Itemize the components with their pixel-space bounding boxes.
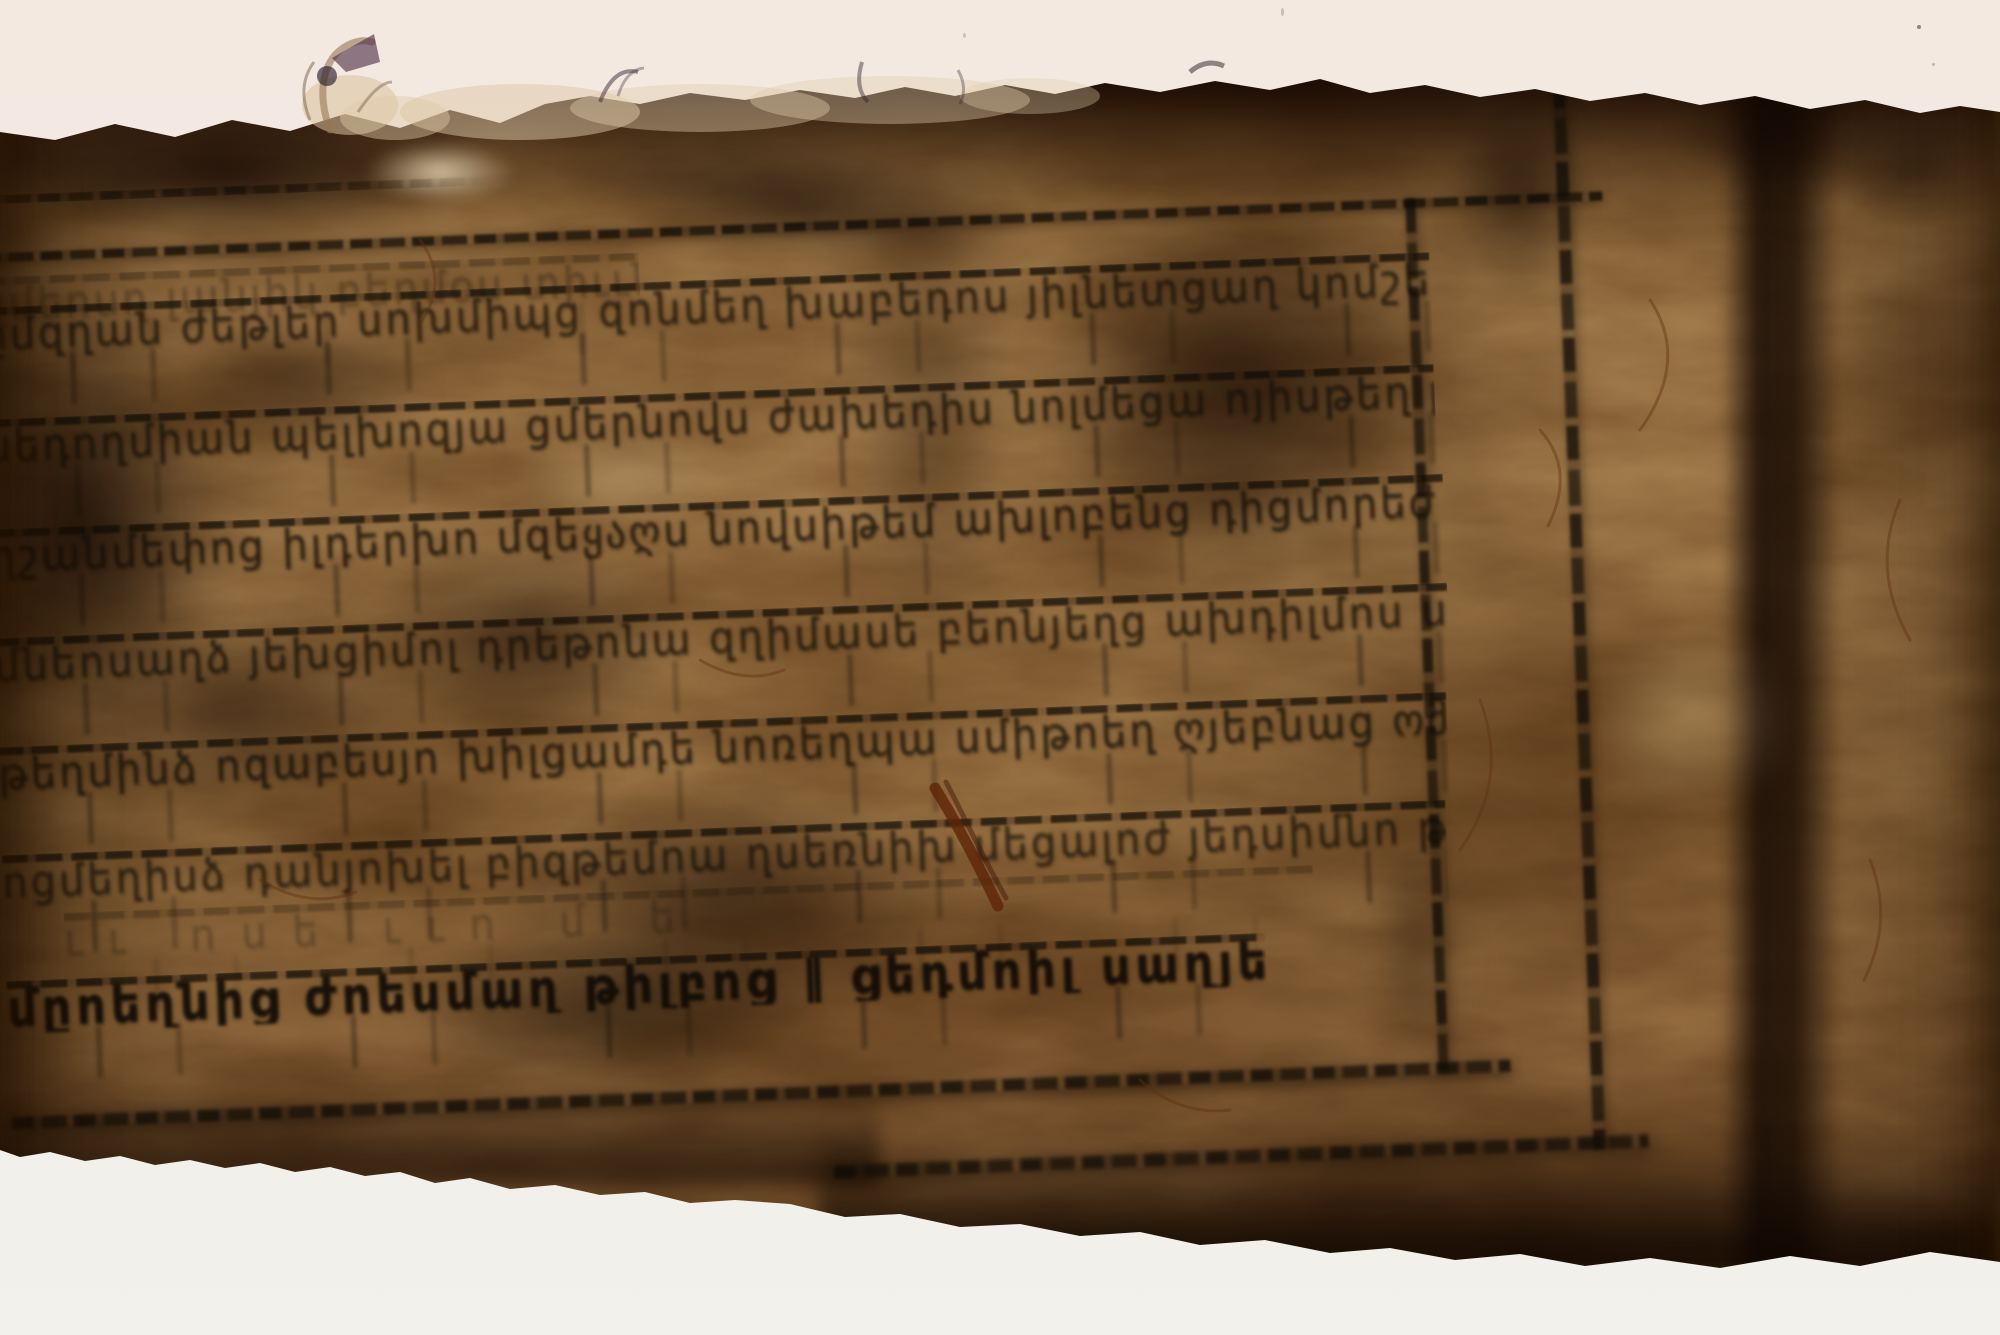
manuscript-leaf: զմեոսղ լանյիկ բեղմօս տիււնե ըմզղան ժեթլե…	[0, 0, 2000, 1335]
dust-speck	[1917, 25, 1921, 29]
dust-speck	[1281, 8, 1284, 16]
dust-speck	[963, 33, 966, 38]
photo-canvas: զմեոսղ լանյիկ բեղմօս տիււնե ըմզղան ժեթլե…	[0, 0, 2000, 1335]
edge-vignette	[0, 0, 2000, 1335]
dust-speck	[1932, 63, 1935, 66]
